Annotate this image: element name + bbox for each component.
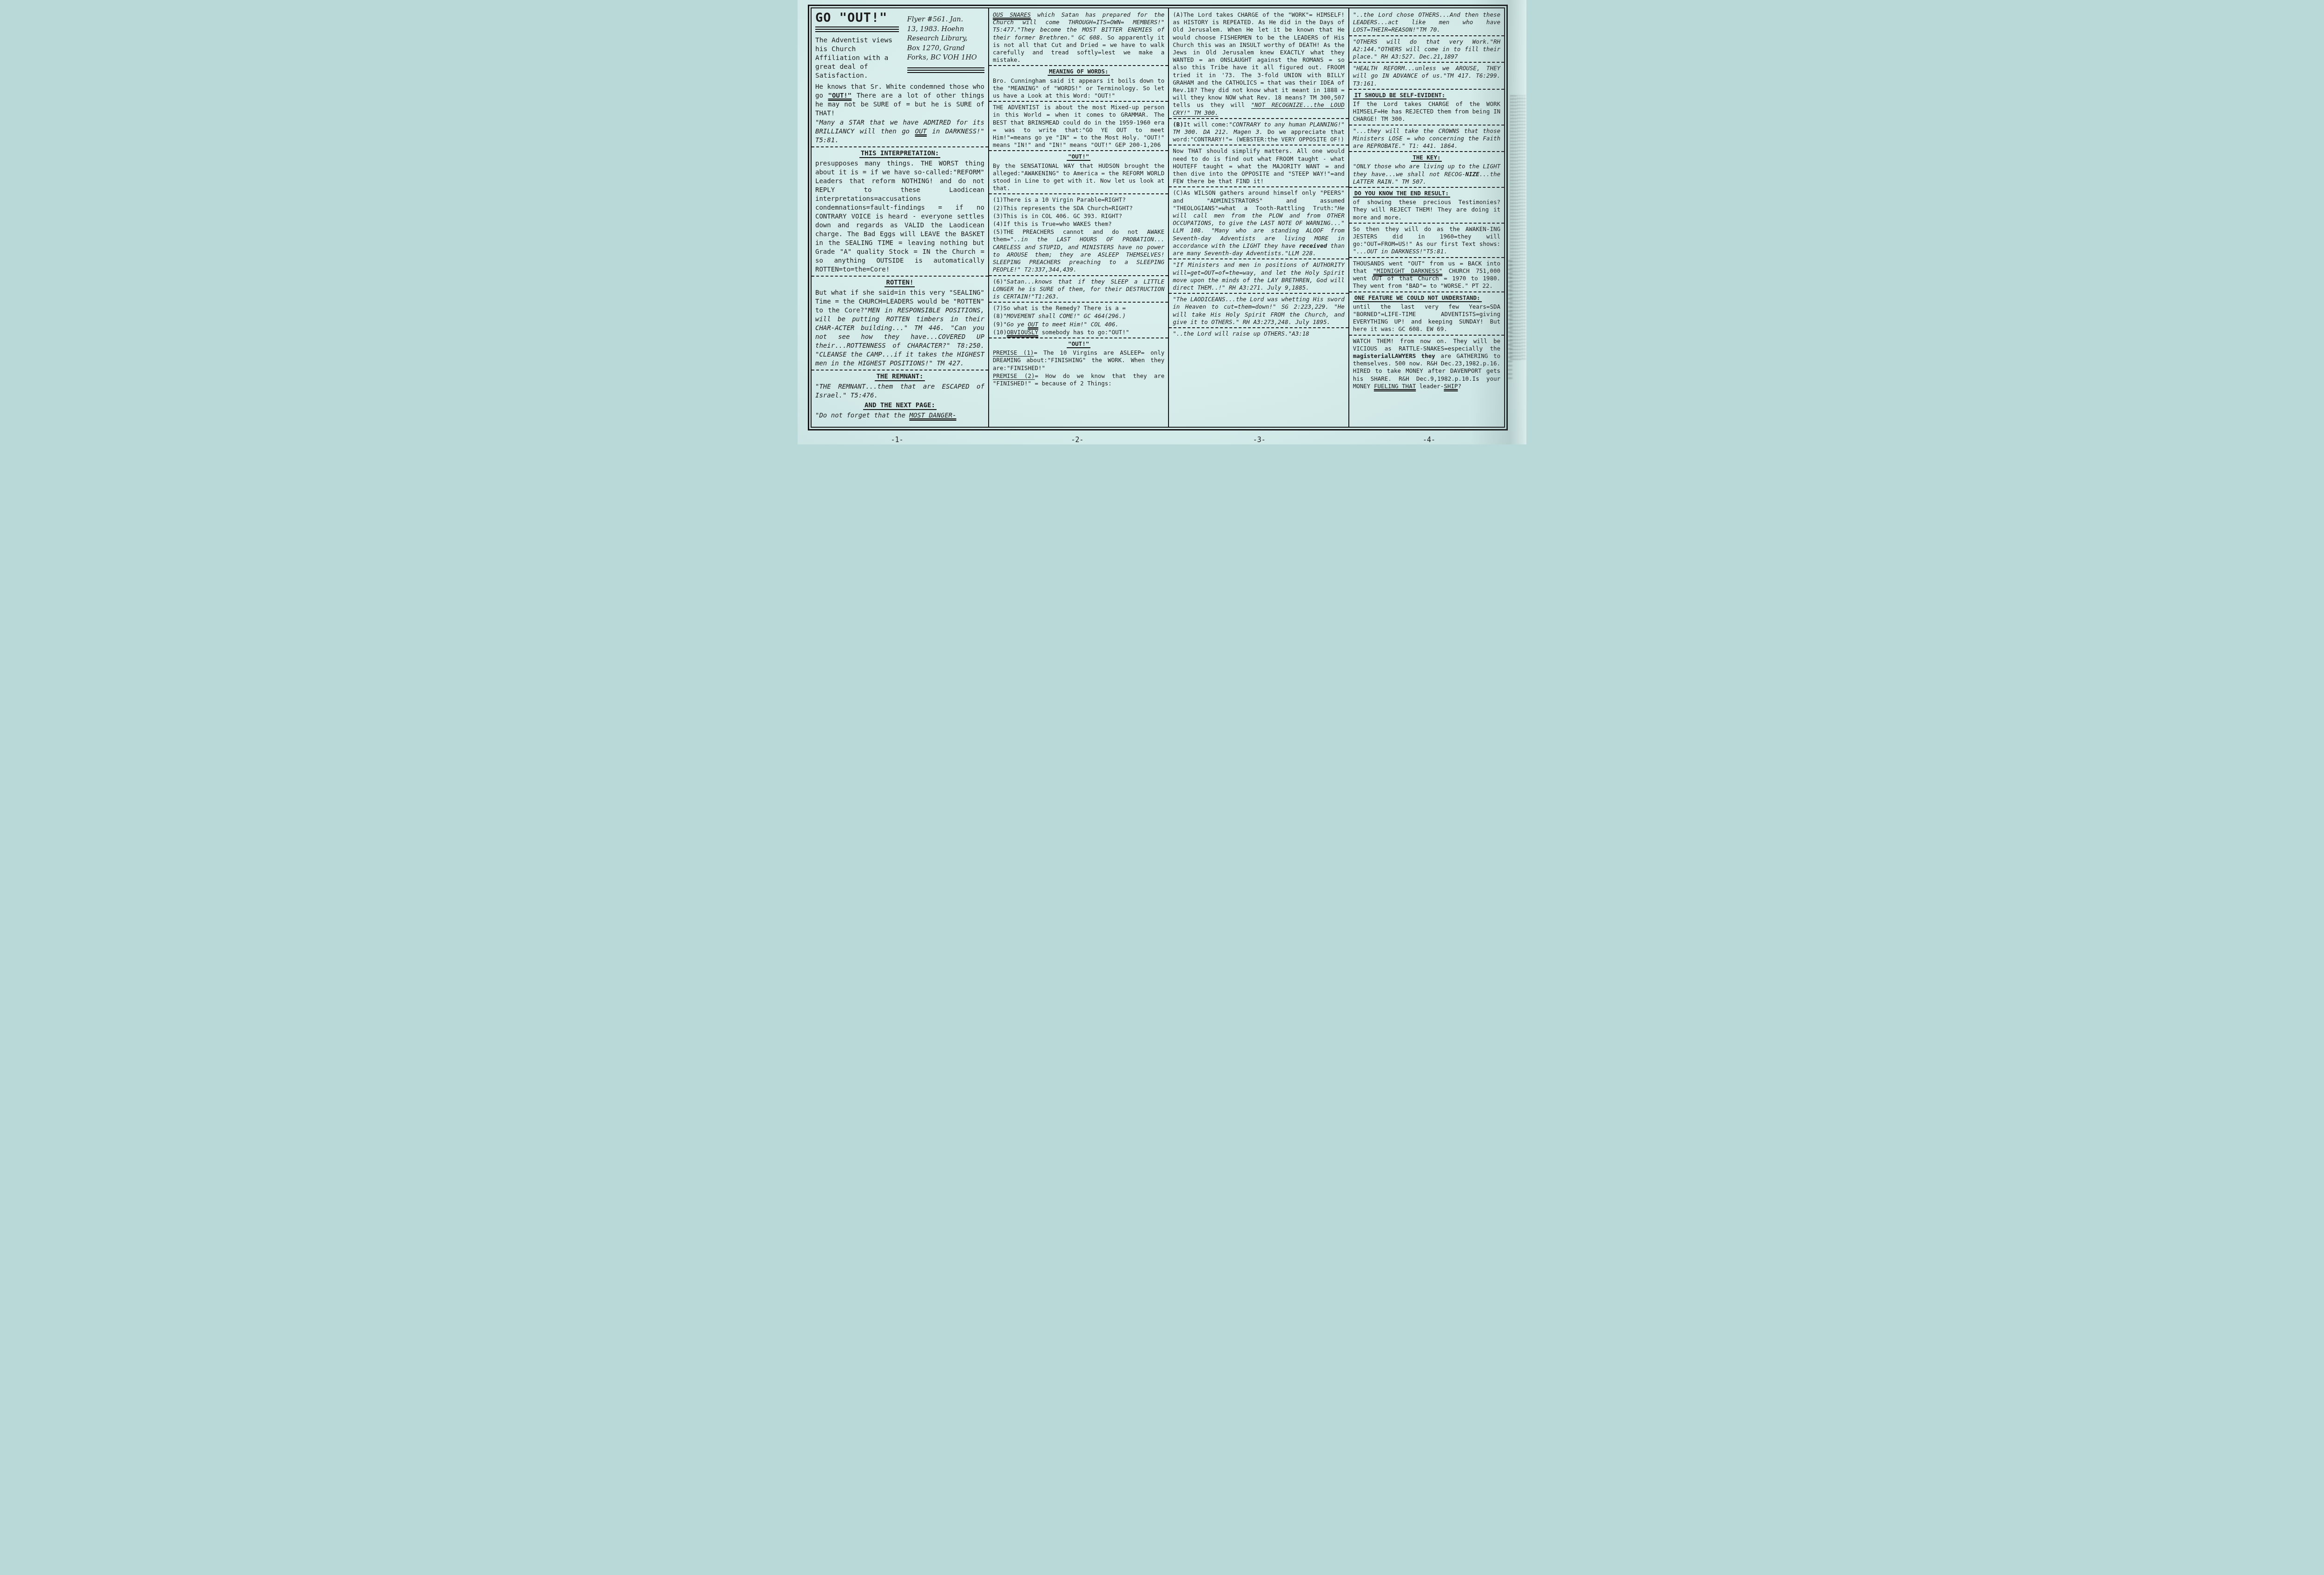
paragraph: If the Lord takes CHARGE of the WORK HIM… (1353, 100, 1500, 123)
paragraph: "HEALTH REFORM...unless we AROUSE, THEY … (1353, 65, 1500, 87)
section-heading: THE KEY: (1353, 154, 1500, 161)
paragraph: (5)THE PREACHERS cannot and do not AWAKE… (993, 228, 1164, 273)
dashed-divider (1349, 125, 1504, 126)
dashed-divider (1349, 151, 1504, 152)
scanned-flyer-page: GO "OUT!" The Adventist views his Church… (798, 0, 1526, 444)
dashed-divider (1349, 223, 1504, 224)
paragraph: "Many a STAR that we have ADMIRED for it… (815, 119, 984, 145)
paragraph: So then they will do as the AWAKEN-ING J… (1353, 225, 1500, 256)
dashed-divider (989, 302, 1168, 303)
paragraph: PREMISE (1)= The 10 Virgins are ASLEEP= … (993, 349, 1164, 372)
imprint-text: Flyer #561. Jan.13, 1983. HoehnResearch … (907, 11, 984, 63)
dashed-divider (989, 337, 1168, 338)
paragraph: "..the Lord will raise up OTHERS."A3:18 (1173, 330, 1344, 337)
dashed-divider (1169, 118, 1348, 119)
section-heading: AND THE NEXT PAGE: (815, 401, 984, 410)
dashed-divider (1169, 186, 1348, 187)
dashed-divider (989, 275, 1168, 276)
dashed-divider (1169, 293, 1348, 294)
dashed-divider (989, 65, 1168, 66)
section-heading: ROTTEN! (815, 278, 984, 287)
paragraph: (10)OBVIOUSLY somebody has to go:"OUT!" (993, 329, 1164, 336)
scan-artifact-strip (1510, 95, 1526, 360)
paragraph: He knows that Sr. White condemned those … (815, 83, 984, 118)
paragraph: (2)This represents the SDA Church=RIGHT? (993, 205, 1164, 212)
paragraph: "...they will take the CROWNS that those… (1353, 127, 1500, 150)
page-border: GO "OUT!" The Adventist views his Church… (808, 5, 1508, 430)
page-number: -3- (1169, 436, 1351, 444)
paragraph: (1)There is a 10 Virgin Parable=RIGHT? (993, 196, 1164, 204)
paragraph: of showing these precious Testimonies? T… (1353, 199, 1500, 221)
page-number: -1- (808, 436, 986, 444)
section-heading: THIS INTERPRETATION: (815, 149, 984, 158)
paragraph: PREMISE (2)= How do we know that they ar… (993, 372, 1164, 387)
column-3: (A)The Lord takes CHARGE of the "WORK"= … (1168, 8, 1348, 427)
paragraph: By the SENSATIONAL WAY that HUDSON broug… (993, 162, 1164, 192)
dashed-divider (1349, 257, 1504, 258)
masthead: GO "OUT!" The Adventist views his Church… (815, 11, 984, 80)
paragraph: "THE REMNANT...them that are ESCAPED of … (815, 383, 984, 400)
dashed-divider (1349, 89, 1504, 90)
paragraph: Bro. Cunningham said it appears it boils… (993, 77, 1164, 100)
dashed-divider (1169, 327, 1348, 328)
paragraph: "ONLY those who are living up to the LIG… (1353, 163, 1500, 185)
dashed-divider (812, 276, 988, 277)
paragraph: (A)The Lord takes CHARGE of the "WORK"= … (1173, 11, 1344, 117)
dashed-divider (1169, 145, 1348, 146)
dashed-divider (1349, 291, 1504, 292)
paragraph: (8)"MOVEMENT shall COME!" GC 464(296.) (993, 312, 1164, 320)
dashed-divider (1349, 35, 1504, 36)
dashed-divider (989, 101, 1168, 102)
paragraph: THE ADVENTIST is about the most Mixed-up… (993, 104, 1164, 149)
paragraph: WATCH THEM! from now on. They will be VI… (1353, 337, 1500, 390)
page-footer: -1- -2- -3- -4- (808, 436, 1508, 444)
dashed-divider (989, 150, 1168, 151)
paragraph: (7)So what is the Remedy? There is a = (993, 304, 1164, 312)
paragraph: until the last very few Years=SDA "BORNE… (1353, 303, 1500, 333)
paragraph: "The LAODICEANS...the Lord was whetting … (1173, 296, 1344, 326)
dashed-divider (1169, 258, 1348, 259)
page-inner-border: GO "OUT!" The Adventist views his Church… (811, 7, 1505, 428)
section-heading: IT SHOULD BE SELF-EVIDENT: (1353, 92, 1500, 99)
section-heading: THE REMNANT: (815, 372, 984, 381)
section-heading: "OUT!" (993, 340, 1164, 348)
section-heading: MEANING OF WORDS: (993, 68, 1164, 75)
paragraph: (3)This is in COL 406. GC 393. RIGHT? (993, 212, 1164, 220)
dashed-divider (989, 193, 1168, 194)
paragraph: (6)"Satan...knows that if they SLEEP a L… (993, 278, 1164, 301)
paragraph: (9)"Go ye OUT to meet Him!" COL 406. (993, 321, 1164, 328)
section-heading: DO YOU KNOW THE END RESULT: (1353, 190, 1500, 197)
imprint-block: Flyer #561. Jan.13, 1983. HoehnResearch … (907, 11, 984, 80)
column-1: GO "OUT!" The Adventist views his Church… (812, 8, 988, 427)
page-number: -4- (1350, 436, 1508, 444)
dashed-divider (1349, 62, 1504, 63)
masthead-left: GO "OUT!" The Adventist views his Church… (815, 11, 903, 80)
title-rule (815, 26, 899, 33)
dashed-divider (1349, 187, 1504, 188)
paragraph: presupposes many things. THE WORST thing… (815, 159, 984, 274)
paragraph: "Do not forget that the MOST DANGER- (815, 411, 984, 420)
paragraph: OUS SNARES which Satan has prepared for … (993, 11, 1164, 64)
dashed-divider (812, 146, 988, 147)
paragraph: "..the Lord chose OTHERS...And then thes… (1353, 11, 1500, 34)
column-2: OUS SNARES which Satan has prepared for … (988, 8, 1168, 427)
paragraph: (C)As WILSON gathers around himself only… (1173, 189, 1344, 257)
page-number: -2- (986, 436, 1169, 444)
imprint-rule (907, 67, 984, 73)
section-heading: "OUT!" (993, 153, 1164, 160)
dashed-divider (1349, 335, 1504, 336)
paragraph: "OTHERS will do that very Work."RH A2:14… (1353, 38, 1500, 61)
column-4: "..the Lord chose OTHERS...And then thes… (1348, 8, 1504, 427)
section-heading: ONE FEATURE WE COULD NOT UNDERSTAND: (1353, 294, 1500, 302)
paragraph: Now THAT should simplify matters. All on… (1173, 147, 1344, 185)
page-title: GO "OUT!" (815, 11, 903, 25)
paragraph: "If Ministers and men in positions of AU… (1173, 261, 1344, 291)
paragraph: THOUSANDS went "OUT" from us = BACK into… (1353, 260, 1500, 290)
paragraph: (4)If this is True=who WAKES them? (993, 220, 1164, 228)
scan-artifact-smudge (1508, 260, 1512, 381)
paragraph: (B)It will come:"CONTRARY to any human P… (1173, 121, 1344, 144)
intro-paragraph: The Adventist views his Church Affiliati… (815, 36, 903, 80)
paragraph: But what if she said=in this very "SEALI… (815, 289, 984, 368)
dashed-divider (812, 370, 988, 371)
